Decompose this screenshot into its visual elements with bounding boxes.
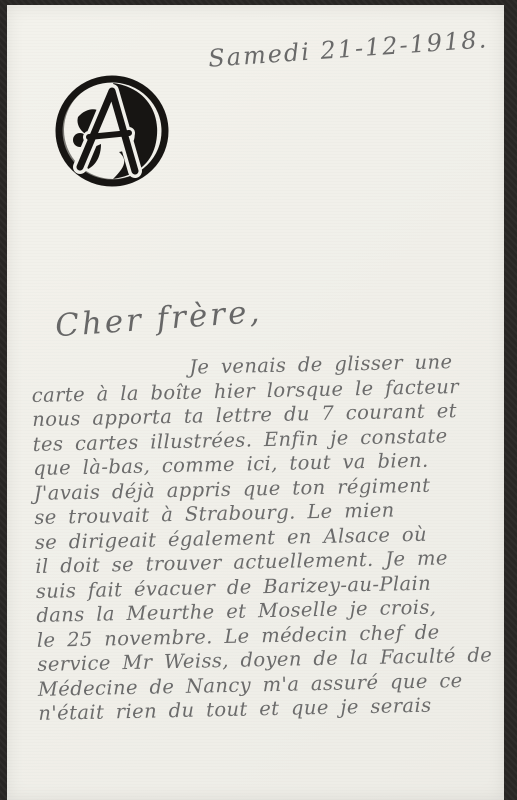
monogram-a-stamp-icon [49, 73, 175, 191]
letter-body: Je venais de glisser une carte à la boît… [31, 349, 505, 726]
salutation: Cher frère, [54, 294, 263, 344]
letter-page: Samedi 21-12-1918. Cher frère, Je venais… [7, 5, 504, 800]
handwritten-date: Samedi 21-12-1918. [207, 25, 489, 72]
